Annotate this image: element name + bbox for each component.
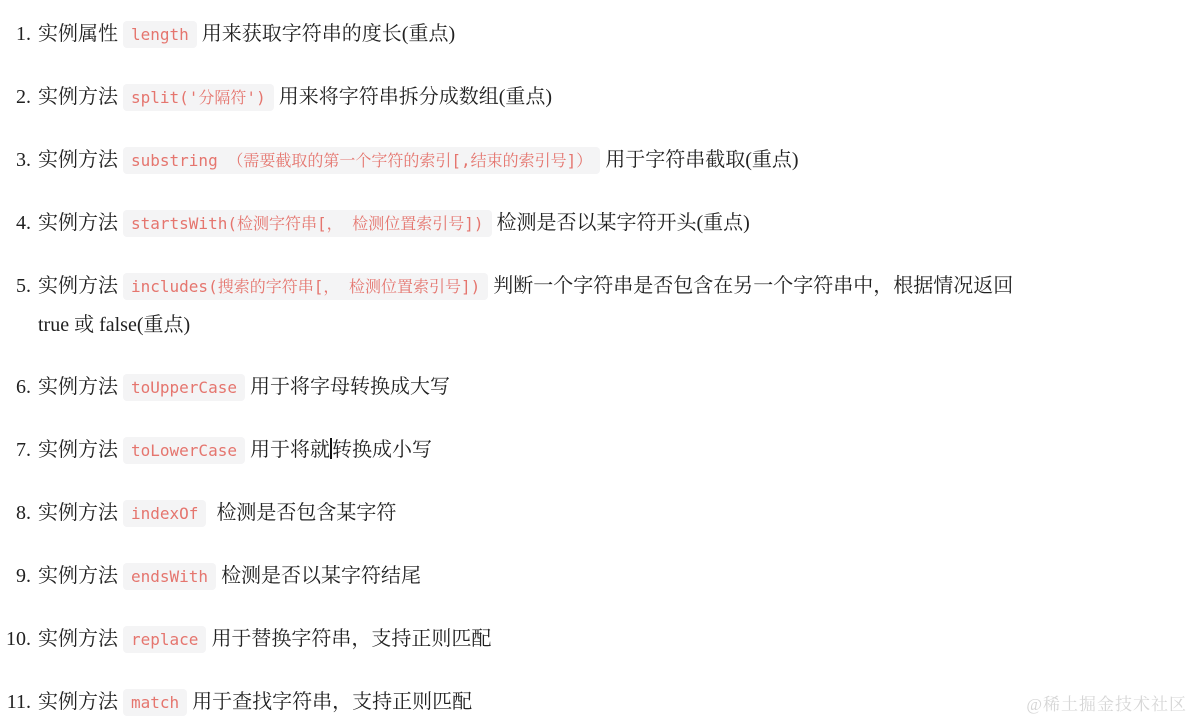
article-body: 1. 实例属性length用来获取字符串的度长(重点) 2. 实例方法split…: [0, 0, 1195, 717]
item-prefix: 实例方法: [38, 502, 118, 524]
item-number: 6.: [1, 368, 31, 406]
list-item: 11. 实例方法match用于查找字符串，支持正则匹配: [1, 683, 1185, 717]
list-item: 9. 实例方法endsWith检测是否以某字符结尾: [1, 557, 1185, 596]
item-number: 7.: [1, 431, 31, 469]
item-prefix: 实例方法: [38, 565, 118, 587]
item-desc: 用于将字母转换成大写: [250, 376, 450, 398]
item-desc: 检测是否以某字符结尾: [221, 565, 421, 587]
inline-code: endsWith: [123, 563, 216, 590]
watermark: @稀土掘金技术社区: [1026, 690, 1187, 715]
item-number: 2.: [1, 78, 31, 116]
list-item: 5. 实例方法includes(搜索的字符串[， 检测位置索引号])判断一个字符…: [1, 267, 1185, 344]
inline-code: includes(搜索的字符串[， 检测位置索引号]): [123, 273, 488, 300]
inline-code: toLowerCase: [123, 437, 245, 464]
item-desc: 用于字符串截取(重点): [605, 149, 798, 171]
item-content: 实例方法split('分隔符')用来将字符串拆分成数组(重点): [38, 78, 1185, 117]
inline-code: length: [123, 21, 197, 48]
item-content: 实例方法toUpperCase用于将字母转换成大写: [38, 368, 1185, 407]
item-number: 5.: [1, 267, 31, 305]
inline-code: split('分隔符'): [123, 84, 274, 111]
item-prefix: 实例属性: [38, 23, 118, 45]
item-desc: 判断一个字符串是否包含在另一个字符串中，根据情况返回: [493, 275, 1013, 297]
item-prefix: 实例方法: [38, 275, 118, 297]
item-desc: 用来将字符串拆分成数组(重点): [279, 86, 552, 108]
item-content: 实例方法indexOf 检测是否包含某字符: [38, 494, 1185, 533]
list-item: 10. 实例方法replace用于替换字符串，支持正则匹配: [1, 620, 1185, 659]
item-prefix: 实例方法: [38, 691, 118, 713]
item-desc: 检测是否包含某字符: [211, 502, 396, 524]
item-content: 实例属性length用来获取字符串的度长(重点): [38, 15, 1185, 54]
item-desc: 转换成小写: [332, 439, 432, 461]
item-desc: 用于将就: [250, 439, 330, 461]
item-number: 8.: [1, 494, 31, 532]
item-prefix: 实例方法: [38, 86, 118, 108]
item-prefix: 实例方法: [38, 628, 118, 650]
item-desc: 用于替换字符串，支持正则匹配: [211, 628, 491, 650]
list-item: 6. 实例方法toUpperCase用于将字母转换成大写: [1, 368, 1185, 407]
item-desc: 检测是否以某字符开头(重点): [497, 212, 750, 234]
list-item: 1. 实例属性length用来获取字符串的度长(重点): [1, 15, 1185, 54]
list-item: 4. 实例方法startsWith(检测字符串[， 检测位置索引号])检测是否以…: [1, 204, 1185, 243]
list-item: 2. 实例方法split('分隔符')用来将字符串拆分成数组(重点): [1, 78, 1185, 117]
item-number: 3.: [1, 141, 31, 179]
list-item: 8. 实例方法indexOf 检测是否包含某字符: [1, 494, 1185, 533]
item-prefix: 实例方法: [38, 212, 118, 234]
inline-code: toUpperCase: [123, 374, 245, 401]
list-item: 7. 实例方法toLowerCase用于将就转换成小写: [1, 431, 1185, 470]
item-desc-line2: true 或 false(重点): [38, 306, 1185, 344]
item-prefix: 实例方法: [38, 439, 118, 461]
item-content: 实例方法startsWith(检测字符串[， 检测位置索引号])检测是否以某字符…: [38, 204, 1185, 243]
item-prefix: 实例方法: [38, 149, 118, 171]
item-number: 9.: [1, 557, 31, 595]
list-item: 3. 实例方法substring （需要截取的第一个字符的索引[,结束的索引号]…: [1, 141, 1185, 180]
item-number: 4.: [1, 204, 31, 242]
item-number: 11.: [1, 683, 31, 717]
inline-code: startsWith(检测字符串[， 检测位置索引号]): [123, 210, 492, 237]
item-content: 实例方法match用于查找字符串，支持正则匹配: [38, 683, 1185, 717]
item-number: 1.: [1, 15, 31, 53]
item-number: 10.: [1, 620, 31, 658]
inline-code: substring （需要截取的第一个字符的索引[,结束的索引号]）: [123, 147, 600, 174]
item-desc: 用来获取字符串的度长(重点): [202, 23, 455, 45]
item-content: 实例方法includes(搜索的字符串[， 检测位置索引号])判断一个字符串是否…: [38, 267, 1185, 344]
item-content: 实例方法substring （需要截取的第一个字符的索引[,结束的索引号]）用于…: [38, 141, 1185, 180]
item-prefix: 实例方法: [38, 376, 118, 398]
item-content: 实例方法endsWith检测是否以某字符结尾: [38, 557, 1185, 596]
inline-code: replace: [123, 626, 206, 653]
inline-code: match: [123, 689, 187, 716]
item-desc: 用于查找字符串，支持正则匹配: [192, 691, 472, 713]
item-content: 实例方法replace用于替换字符串，支持正则匹配: [38, 620, 1185, 659]
inline-code: indexOf: [123, 500, 206, 527]
item-content: 实例方法toLowerCase用于将就转换成小写: [38, 431, 1185, 470]
